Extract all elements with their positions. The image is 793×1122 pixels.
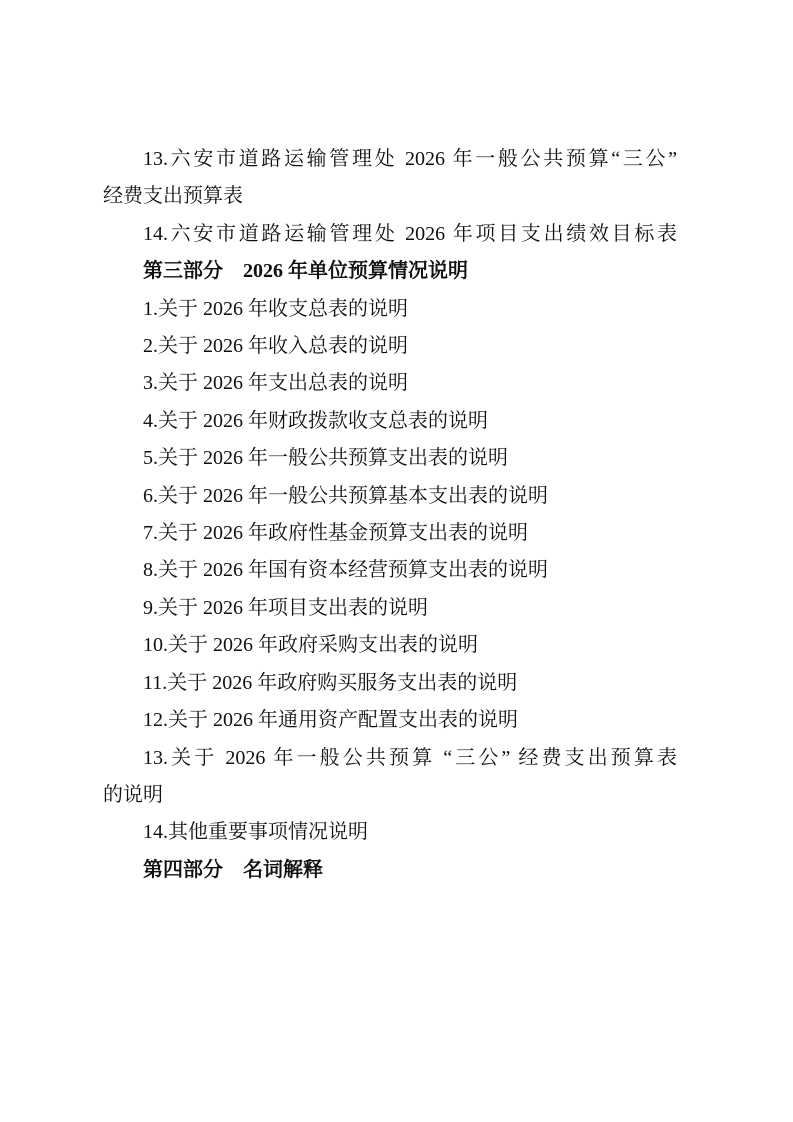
- part3-item-6: 6.关于 2026 年一般公共预算基本支出表的说明: [103, 478, 677, 515]
- toc-line: 的说明: [103, 777, 677, 814]
- toc-line: 8.关于 2026 年国有资本经营预算支出表的说明: [103, 552, 677, 589]
- part3-item-8: 8.关于 2026 年国有资本经营预算支出表的说明: [103, 552, 677, 589]
- toc-line: 13.六安市道路运输管理处 2026 年一般公共预算“三公”: [103, 141, 677, 178]
- part3-heading: 第三部分 2026 年单位预算情况说明: [103, 253, 677, 290]
- part3-item-13: 13.关于 2026 年一般公共预算 “三公” 经费支出预算表的说明: [103, 740, 677, 815]
- toc-line: 9.关于 2026 年项目支出表的说明: [103, 590, 677, 627]
- document-page: 13.六安市道路运输管理处 2026 年一般公共预算“三公”经费支出预算表14.…: [0, 0, 793, 1122]
- toc-line: 6.关于 2026 年一般公共预算基本支出表的说明: [103, 478, 677, 515]
- part3-item-2: 2.关于 2026 年收入总表的说明: [103, 328, 677, 365]
- part3-item-14: 14.其他重要事项情况说明: [103, 814, 677, 851]
- table-of-contents: 13.六安市道路运输管理处 2026 年一般公共预算“三公”经费支出预算表14.…: [103, 141, 677, 889]
- part4-heading: 第四部分 名词解释: [103, 852, 677, 889]
- part3-item-11: 11.关于 2026 年政府购买服务支出表的说明: [103, 665, 677, 702]
- toc-line: 14.六安市道路运输管理处 2026 年项目支出绩效目标表: [103, 216, 677, 253]
- toc-line: 14.其他重要事项情况说明: [103, 814, 677, 851]
- part3-item-5: 5.关于 2026 年一般公共预算支出表的说明: [103, 440, 677, 477]
- toc-line: 2.关于 2026 年收入总表的说明: [103, 328, 677, 365]
- toc-line: 13.关于 2026 年一般公共预算 “三公” 经费支出预算表: [103, 740, 677, 777]
- toc-line: 10.关于 2026 年政府采购支出表的说明: [103, 627, 677, 664]
- toc-line: 1.关于 2026 年收支总表的说明: [103, 291, 677, 328]
- part3-item-12: 12.关于 2026 年通用资产配置支出表的说明: [103, 702, 677, 739]
- toc-line: 7.关于 2026 年政府性基金预算支出表的说明: [103, 515, 677, 552]
- toc-line: 经费支出预算表: [103, 178, 677, 215]
- part3-item-4: 4.关于 2026 年财政拨款收支总表的说明: [103, 403, 677, 440]
- part3-item-10: 10.关于 2026 年政府采购支出表的说明: [103, 627, 677, 664]
- part3-item-9: 9.关于 2026 年项目支出表的说明: [103, 590, 677, 627]
- part3-item-7: 7.关于 2026 年政府性基金预算支出表的说明: [103, 515, 677, 552]
- toc-line: 3.关于 2026 年支出总表的说明: [103, 365, 677, 402]
- part2-item-13: 13.六安市道路运输管理处 2026 年一般公共预算“三公”经费支出预算表: [103, 141, 677, 216]
- part3-item-3: 3.关于 2026 年支出总表的说明: [103, 365, 677, 402]
- toc-line: 11.关于 2026 年政府购买服务支出表的说明: [103, 665, 677, 702]
- part3-item-1: 1.关于 2026 年收支总表的说明: [103, 291, 677, 328]
- toc-line: 4.关于 2026 年财政拨款收支总表的说明: [103, 403, 677, 440]
- part2-item-14: 14.六安市道路运输管理处 2026 年项目支出绩效目标表: [103, 216, 677, 253]
- toc-line: 第四部分 名词解释: [103, 852, 677, 889]
- toc-line: 5.关于 2026 年一般公共预算支出表的说明: [103, 440, 677, 477]
- toc-line: 12.关于 2026 年通用资产配置支出表的说明: [103, 702, 677, 739]
- toc-line: 第三部分 2026 年单位预算情况说明: [103, 253, 677, 290]
